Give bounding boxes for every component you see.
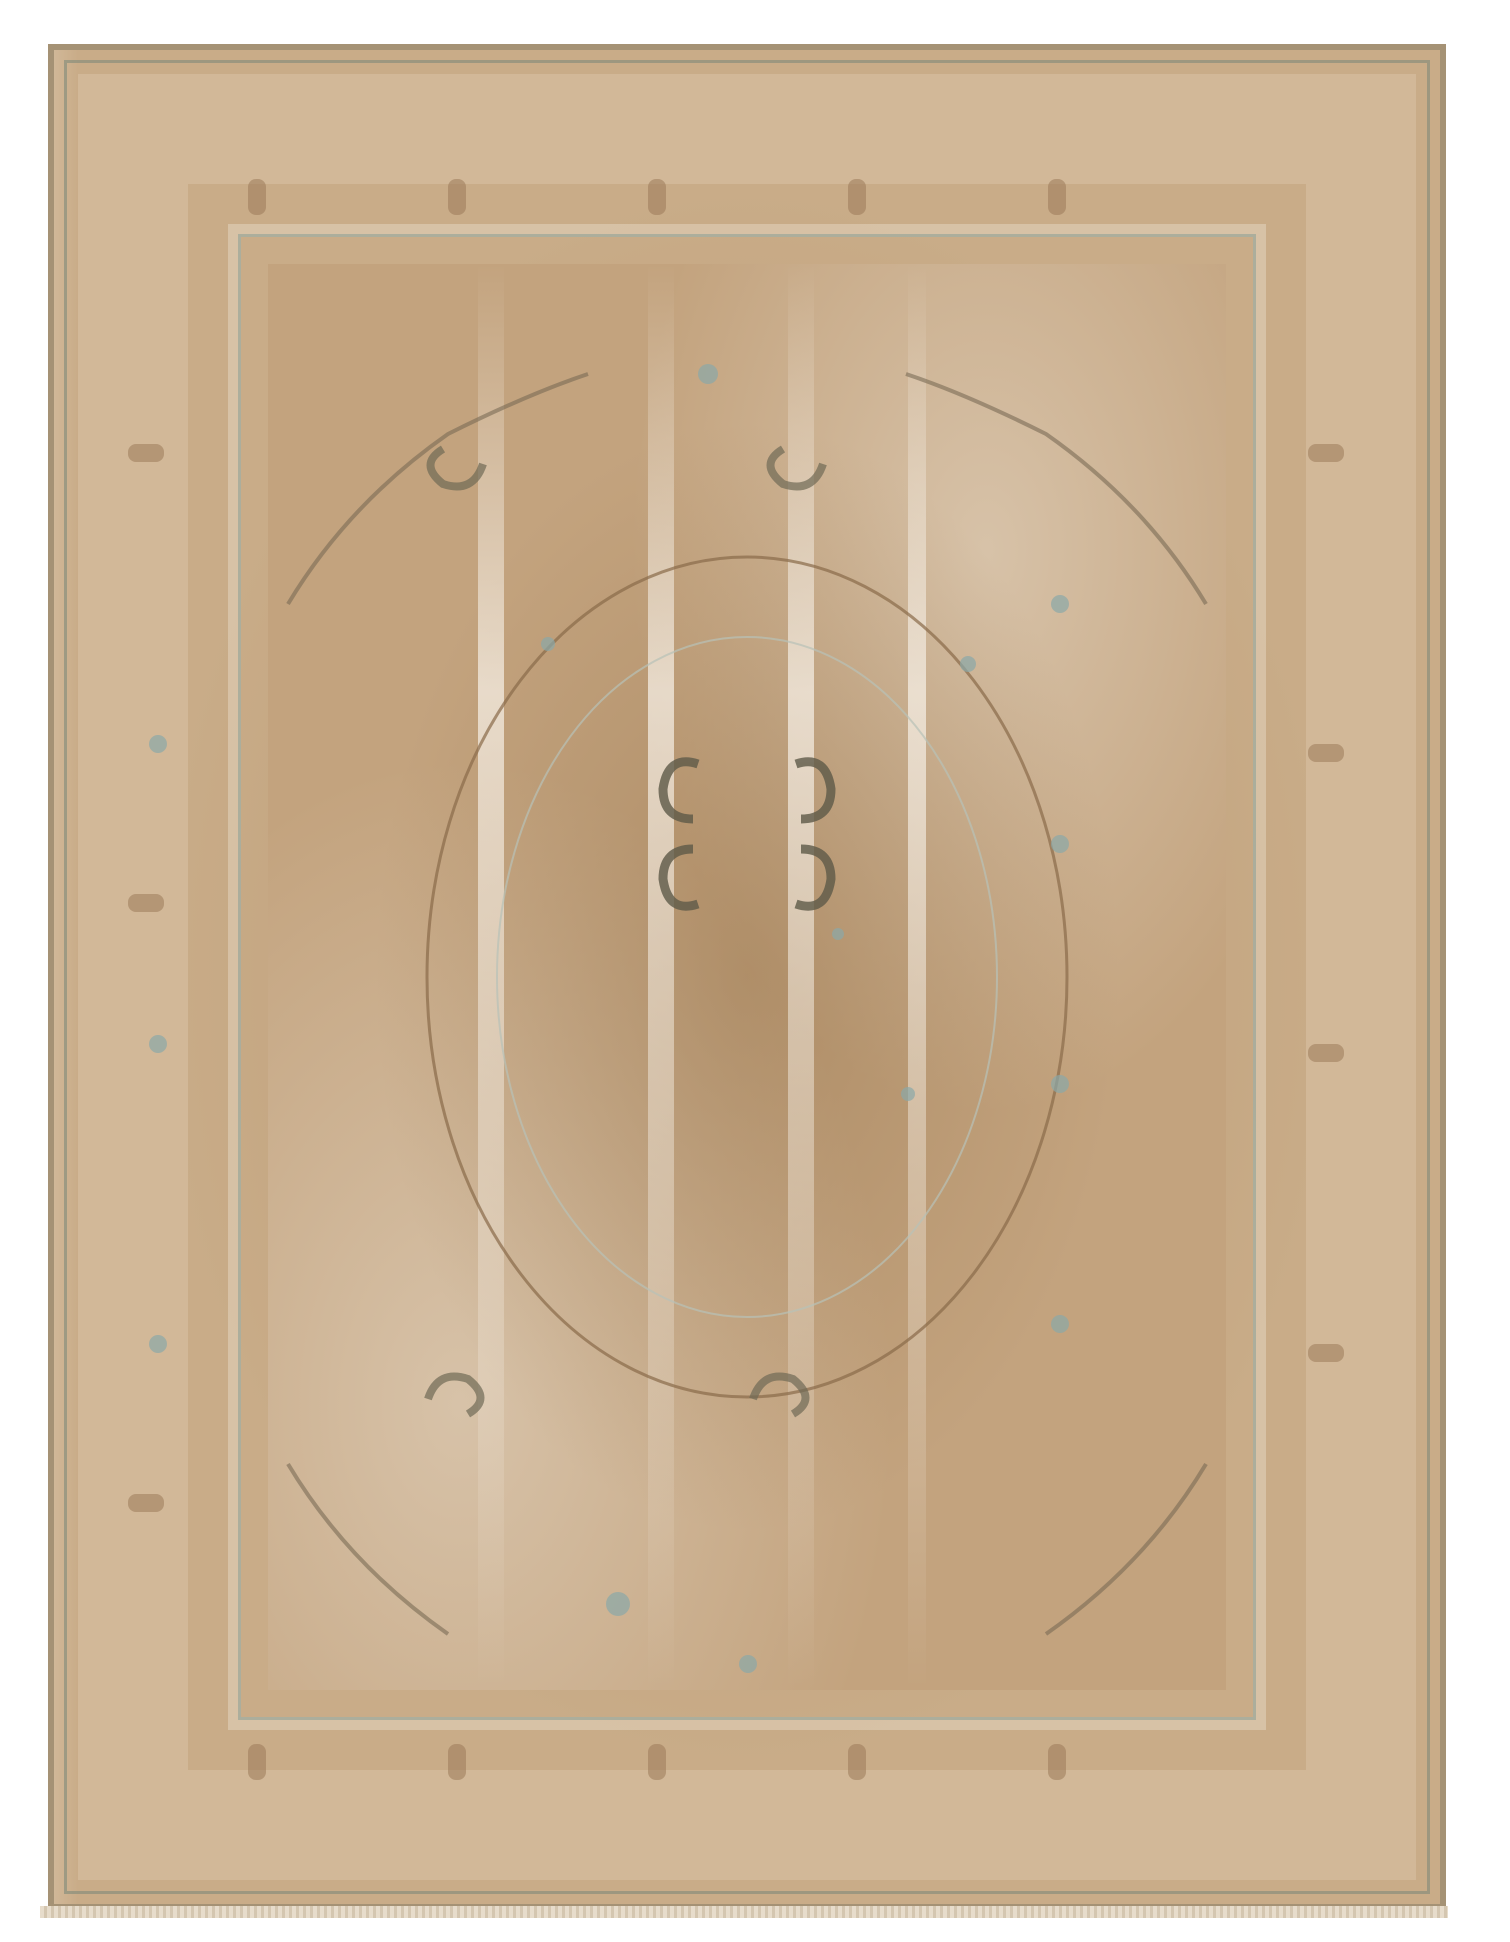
center-fleur-icon bbox=[663, 762, 831, 906]
rug-fringe bbox=[40, 1906, 1448, 1918]
medallion-icon bbox=[427, 557, 1067, 1397]
rug-motifs bbox=[48, 44, 1446, 1910]
blue-accent-icon bbox=[149, 364, 1069, 1673]
corner-spandrel-icon bbox=[288, 374, 1206, 1634]
border-motif-icon bbox=[128, 179, 1344, 1780]
scroll-motif-icon bbox=[428, 449, 823, 1414]
rug bbox=[48, 44, 1446, 1910]
